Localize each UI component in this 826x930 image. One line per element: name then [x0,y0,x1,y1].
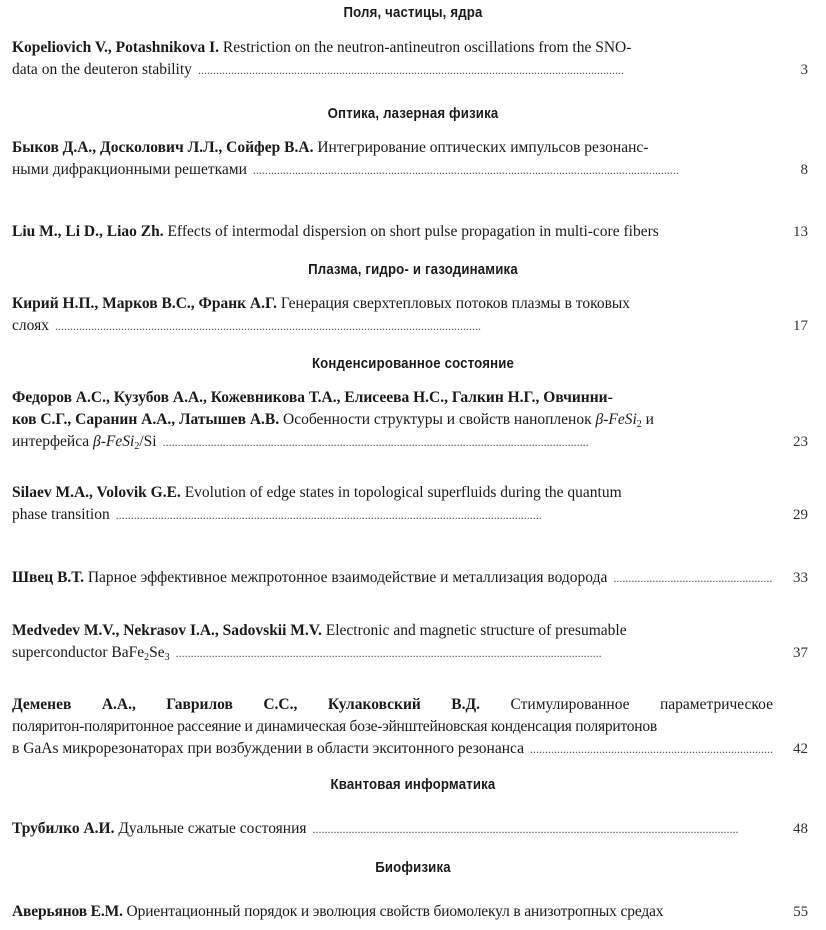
dot-leader [55,315,773,337]
entry-title: Дуальные сжатые состояния [118,820,306,837]
entry-title-cont: ными дифракционными решетками [12,159,247,181]
entry-authors: Аверьянов Е.М. [12,903,123,920]
entry-text: Kopeliovich V., Potashnikova I. Restrict… [12,37,773,81]
entry-text: Кирий Н.П., Марков В.С., Франк А.Г. Гене… [12,293,773,337]
section-heading-condensed-matter: Конденсированное состояние [50,355,777,372]
entry-title: Electronic and magnetic structure of pre… [326,622,627,639]
page-number: 17 [772,315,808,337]
page-number: 13 [772,221,808,243]
entry-title-cont: data on the deuteron stability [12,59,192,81]
dot-leader [116,504,773,526]
section-heading-fields-particles-nuclei: Поля, частицы, ядра [50,4,777,21]
entry-text: Швец В.Т. Парное эффективное межпротонно… [12,567,773,589]
entry-title: Restriction on the neutron-antineutron o… [223,39,632,56]
section-heading-quantum-information: Квантовая информатика [50,776,777,793]
page-number: 42 [772,738,808,760]
entry-authors: Medvedev M.V., Nekrasov I.A., Sadovskii … [12,622,322,639]
formula: β-FeSi [596,411,637,428]
dot-leader [313,818,773,840]
entry-authors: Федоров А.С., Кузубов А.А., Кожевникова … [12,387,773,409]
section-heading-biophysics: Биофизика [50,859,777,876]
entry-authors: Liu M., Li D., Liao Zh. [12,223,164,240]
toc-entry[interactable]: Аверьянов Е.М. Ориентационный порядок и … [12,901,808,923]
entry-authors: Трубилко А.И. [12,820,114,837]
entry-authors: Kopeliovich V., Potashnikova I. [12,39,219,56]
page-number: 37 [772,642,808,664]
toc-entry[interactable]: Швец В.Т. Парное эффективное межпротонно… [12,567,808,589]
entry-title-cont: слоях [12,315,49,337]
entry-title-cont: superconductor BaFe2Se3 [12,642,170,664]
entry-title: Интегрирование оптических импульсов резо… [317,139,648,156]
entry-authors: Кирий Н.П., Марков В.С., Франк А.Г. [12,295,277,312]
entry-authors: Silaev M.A., Volovik G.E. [12,484,181,501]
entry-title: Effects of intermodal dispersion on shor… [167,223,658,240]
dot-leader [253,159,773,181]
entry-text: Silaev M.A., Volovik G.E. Evolution of e… [12,482,773,526]
entry-text: Федоров А.С., Кузубов А.А., Кожевникова … [12,387,773,453]
dot-leader [613,567,773,589]
entry-authors: Деменев А.А., Гаврилов С.С., Кулаковский… [12,696,480,713]
toc-entry[interactable]: Трубилко А.И. Дуальные сжатые состояния … [12,818,808,840]
toc-entry[interactable]: Liu M., Li D., Liao Zh. Effects of inter… [12,221,808,243]
toc-entry[interactable]: Деменев А.А., Гаврилов С.С., Кулаковский… [12,694,808,760]
page-number: 23 [772,431,808,453]
entry-authors: Быков Д.А., Досколович Л.Л., Сойфер В.А. [12,139,313,156]
entry-title-cont: в GaAs микрорезонаторах при возбуждении … [12,738,524,760]
dot-leader [176,642,773,664]
toc-entry[interactable]: Medvedev M.V., Nekrasov I.A., Sadovskii … [12,620,808,664]
entry-title: Стимулированное параметрическое [511,696,773,713]
entry-title: Ориентационный порядок и эволюция свойст… [127,903,664,920]
dot-leader [163,431,773,453]
page-number: 55 [772,901,808,923]
toc-entry[interactable]: Kopeliovich V., Potashnikova I. Restrict… [12,37,808,81]
entry-title: Evolution of edge states in topological … [185,484,622,501]
dot-leader [530,738,773,760]
entry-text: Трубилко А.И. Дуальные сжатые состояния [12,818,773,840]
entry-authors: Швец В.Т. [12,569,84,586]
section-heading-optics-laser-physics: Оптика, лазерная физика [50,105,777,122]
page-number: 29 [772,504,808,526]
page-number: 3 [772,59,808,81]
toc-entry[interactable]: Silaev M.A., Volovik G.E. Evolution of e… [12,482,808,526]
entry-authors-cont: ков С.Г., Саранин А.А., Латышев А.В. [12,411,279,428]
entry-title: Особенности структуры и свойств наноплен… [283,411,592,428]
entry-title-cont: интерфейса β-FeSi2/Si [12,431,157,453]
page-number: 8 [772,159,808,181]
entry-title: Парное эффективное межпротонное взаимоде… [88,569,608,586]
dot-leader [198,59,773,81]
section-heading-plasma-hydro-gas-dynamics: Плазма, гидро- и газодинамика [50,261,777,278]
page-number: 33 [772,567,808,589]
toc-entry[interactable]: Быков Д.А., Досколович Л.Л., Сойфер В.А.… [12,137,808,181]
entry-title-cont: phase transition [12,504,110,526]
toc-entry[interactable]: Кирий Н.П., Марков В.С., Франк А.Г. Гене… [12,293,808,337]
entry-title-cont: поляритон-поляритонное рассеяние и динам… [12,716,773,738]
page-number: 48 [772,818,808,840]
entry-title: Генерация сверхтепловых потоков плазмы в… [281,295,630,312]
entry-text: Быков Д.А., Досколович Л.Л., Сойфер В.А.… [12,137,773,181]
toc-entry[interactable]: Федоров А.С., Кузубов А.А., Кожевникова … [12,387,808,453]
entry-text: Medvedev M.V., Nekrasov I.A., Sadovskii … [12,620,773,664]
entry-text: Деменев А.А., Гаврилов С.С., Кулаковский… [12,694,773,760]
